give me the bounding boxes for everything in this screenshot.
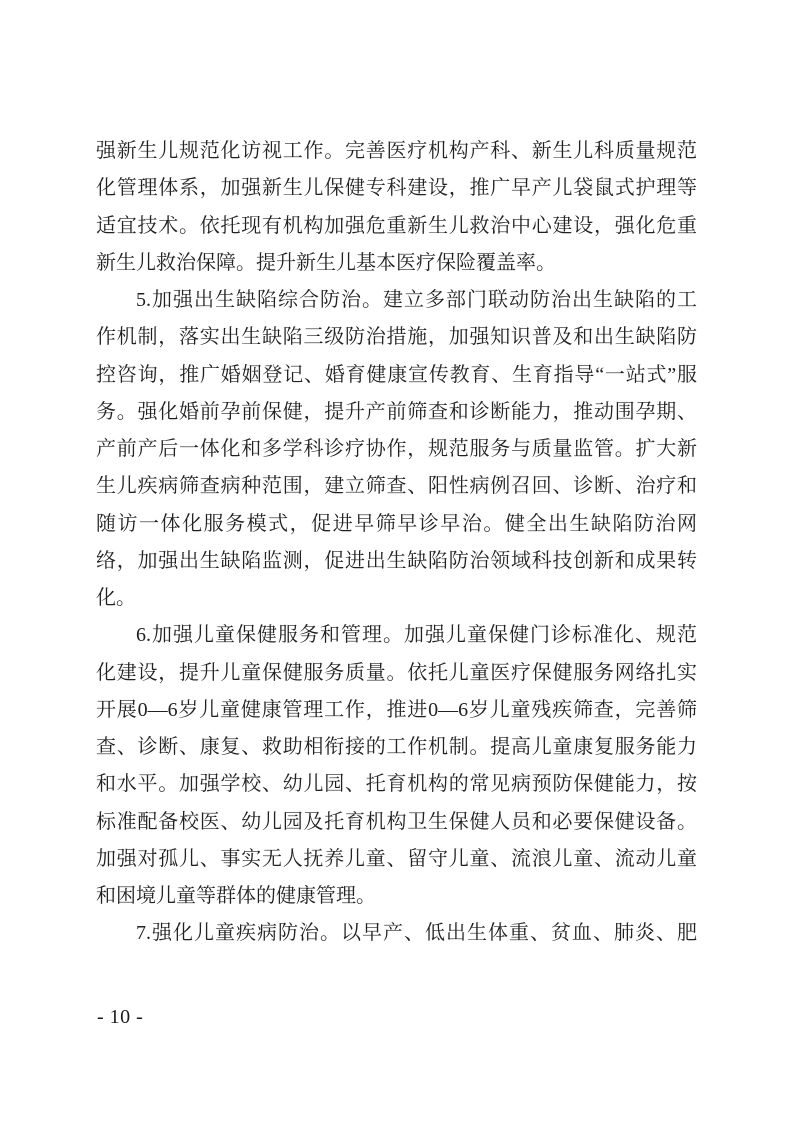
text-line: 强新生儿规范化访视工作。完善医疗机构产科、新生儿科质量规范 [96, 133, 697, 170]
text-line: 产前产后一体化和多学科诊疗协作，规范服务与质量监管。扩大新 [96, 431, 697, 468]
page-number: - 10 - [97, 1003, 143, 1031]
text-line: 5.加强出生缺陷综合防治。建立多部门联动防治出生缺陷的工 [96, 282, 697, 319]
text-line: 加强对孤儿、事实无人抚养儿童、留守儿童、流浪儿童、流动儿童 [96, 841, 697, 878]
text-line: 化建设，提升儿童保健服务质量。依托儿童医疗保健服务网络扎实 [96, 655, 697, 692]
text-line: 查、诊断、康复、救助相衔接的工作机制。提高儿童康复服务能力 [96, 729, 697, 766]
text-line: 和困境儿童等群体的健康管理。 [96, 878, 697, 915]
text-line: 控咨询，推广婚姻登记、婚育健康宣传教育、生育指导“一站式”服 [96, 357, 697, 394]
text-line: 络，加强出生缺陷监测，促进出生缺陷防治领域科技创新和成果转 [96, 543, 697, 580]
text-line: 开展0—6岁儿童健康管理工作，推进0—6岁儿童残疾筛查，完善筛 [96, 692, 697, 729]
text-line: 作机制，落实出生缺陷三级防治措施，加强知识普及和出生缺陷防 [96, 319, 697, 356]
text-line: 生儿疾病筛查病种范围，建立筛查、阳性病例召回、诊断、治疗和 [96, 468, 697, 505]
text-line: 7.强化儿童疾病防治。以早产、低出生体重、贫血、肺炎、肥 [96, 915, 697, 952]
document-page: 强新生儿规范化访视工作。完善医疗机构产科、新生儿科质量规范 化管理体系，加强新生… [0, 0, 794, 1122]
body-text: 强新生儿规范化访视工作。完善医疗机构产科、新生儿科质量规范 化管理体系，加强新生… [96, 133, 697, 953]
text-line: 化管理体系，加强新生儿保健专科建设，推广早产儿袋鼠式护理等 [96, 170, 697, 207]
text-line: 新生儿救治保障。提升新生儿基本医疗保险覆盖率。 [96, 245, 697, 282]
text-line: 务。强化婚前孕前保健，提升产前筛查和诊断能力，推动围孕期、 [96, 394, 697, 431]
text-line: 和水平。加强学校、幼儿园、托育机构的常见病预防保健能力，按 [96, 766, 697, 803]
text-line: 化。 [96, 580, 697, 617]
text-line: 随访一体化服务模式，促进早筛早诊早治。健全出生缺陷防治网 [96, 506, 697, 543]
text-line: 6.加强儿童保健服务和管理。加强儿童保健门诊标准化、规范 [96, 617, 697, 654]
text-line: 标准配备校医、幼儿园及托育机构卫生保健人员和必要保健设备。 [96, 804, 697, 841]
text-line: 适宜技术。依托现有机构加强危重新生儿救治中心建设，强化危重 [96, 208, 697, 245]
